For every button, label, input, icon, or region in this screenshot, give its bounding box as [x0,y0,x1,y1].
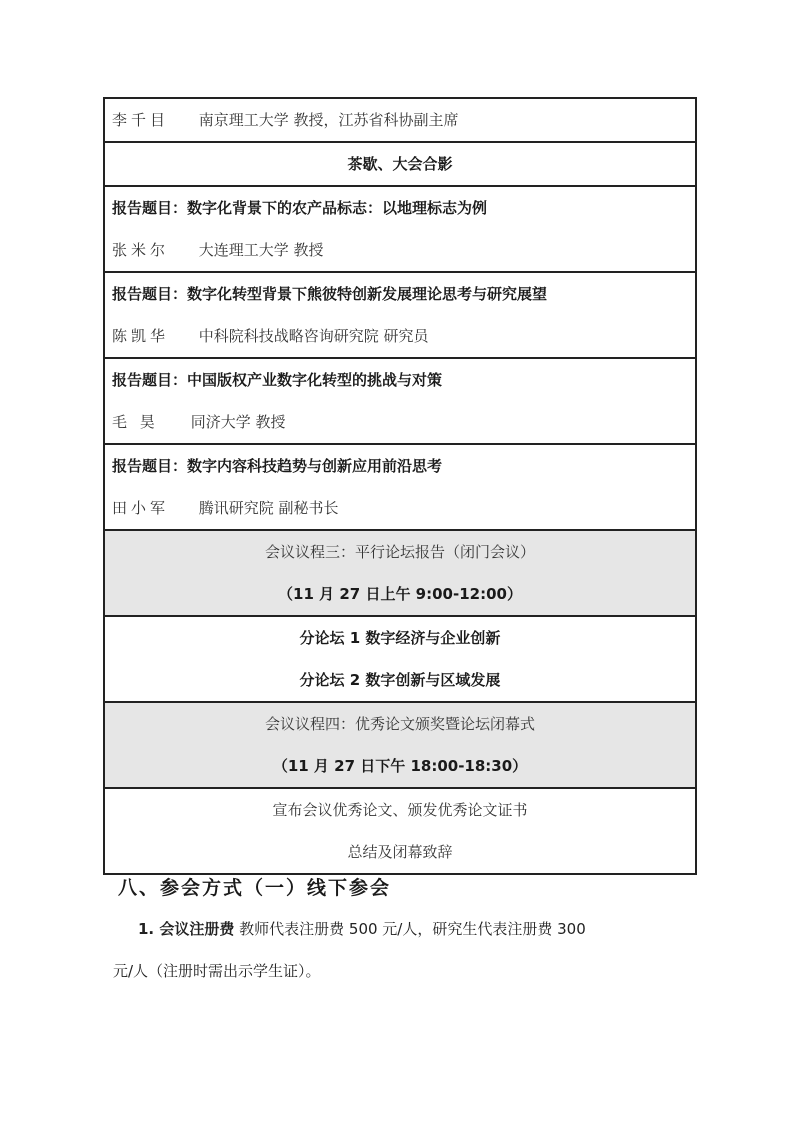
report-title: 报告题目：数字化转型背景下熊彼特创新发展理论思考与研究展望 [105,273,695,315]
speaker-name: 陈凯华 [112,315,194,357]
agenda-row-session-4: 会议议程四：优秀论文颁奖暨论坛闭幕式 （11 月 27 日下午 18:00-18… [105,701,695,787]
speaker-name: 毛 昊 [112,401,186,443]
registration-fee-continued: 元/人（注册时需出示学生证）。 [113,960,321,981]
registration-fee-paragraph: 1. 会议注册费 教师代表注册费 500 元/人，研究生代表注册费 300 [138,918,586,939]
agenda-row-speaker: 李千目 南京理工大学 教授，江苏省科协副主席 [105,99,695,141]
speaker-name: 张米尔 [112,229,194,271]
report-title: 报告题目：数字内容科技趋势与创新应用前沿思考 [105,445,695,487]
session-title: 会议议程三：平行论坛报告（闭门会议） [105,531,695,573]
closing-item-1: 宣布会议优秀论文、颁发优秀论文证书 [105,789,695,831]
break-label: 茶歇、大会合影 [105,143,695,185]
closing-item-2: 总结及闭幕致辞 [105,831,695,873]
section-heading: 八、参会方式（一）线下参会 [118,873,391,900]
registration-fee-text: 教师代表注册费 500 元/人，研究生代表注册费 300 [234,920,585,938]
agenda-row-report: 报告题目：数字内容科技趋势与创新应用前沿思考 田小军 腾讯研究院 副秘书长 [105,443,695,529]
speaker-affiliation: 中科院科技战略咨询研究院 研究员 [199,327,429,345]
agenda-row-report: 报告题目：中国版权产业数字化转型的挑战与对策 毛 昊 同济大学 教授 [105,357,695,443]
subforum-2: 分论坛 2 数字创新与区域发展 [105,659,695,701]
speaker-affiliation: 腾讯研究院 副秘书长 [199,499,339,517]
agenda-row-report: 报告题目：数字化转型背景下熊彼特创新发展理论思考与研究展望 陈凯华 中科院科技战… [105,271,695,357]
speaker-affiliation: 大连理工大学 教授 [199,241,324,259]
agenda-row-break: 茶歇、大会合影 [105,141,695,185]
agenda-row-subforums: 分论坛 1 数字经济与企业创新 分论坛 2 数字创新与区域发展 [105,615,695,701]
subforum-1: 分论坛 1 数字经济与企业创新 [105,617,695,659]
agenda-table: 李千目 南京理工大学 教授，江苏省科协副主席 茶歇、大会合影 报告题目：数字化背… [103,97,697,875]
session-time: （11 月 27 日下午 18:00-18:30） [105,745,695,787]
speaker-affiliation: 南京理工大学 教授，江苏省科协副主席 [199,111,459,129]
agenda-row-closing: 宣布会议优秀论文、颁发优秀论文证书 总结及闭幕致辞 [105,787,695,873]
registration-fee-label: 1. 会议注册费 [138,920,234,938]
speaker-name: 田小军 [112,487,194,529]
report-title: 报告题目：数字化背景下的农产品标志：以地理标志为例 [105,187,695,229]
session-title: 会议议程四：优秀论文颁奖暨论坛闭幕式 [105,703,695,745]
speaker-name: 李千目 [112,99,194,141]
agenda-row-report: 报告题目：数字化背景下的农产品标志：以地理标志为例 张米尔 大连理工大学 教授 [105,185,695,271]
speaker-affiliation: 同济大学 教授 [191,413,286,431]
agenda-row-session-3: 会议议程三：平行论坛报告（闭门会议） （11 月 27 日上午 9:00-12:… [105,529,695,615]
session-time: （11 月 27 日上午 9:00-12:00） [105,573,695,615]
report-title: 报告题目：中国版权产业数字化转型的挑战与对策 [105,359,695,401]
